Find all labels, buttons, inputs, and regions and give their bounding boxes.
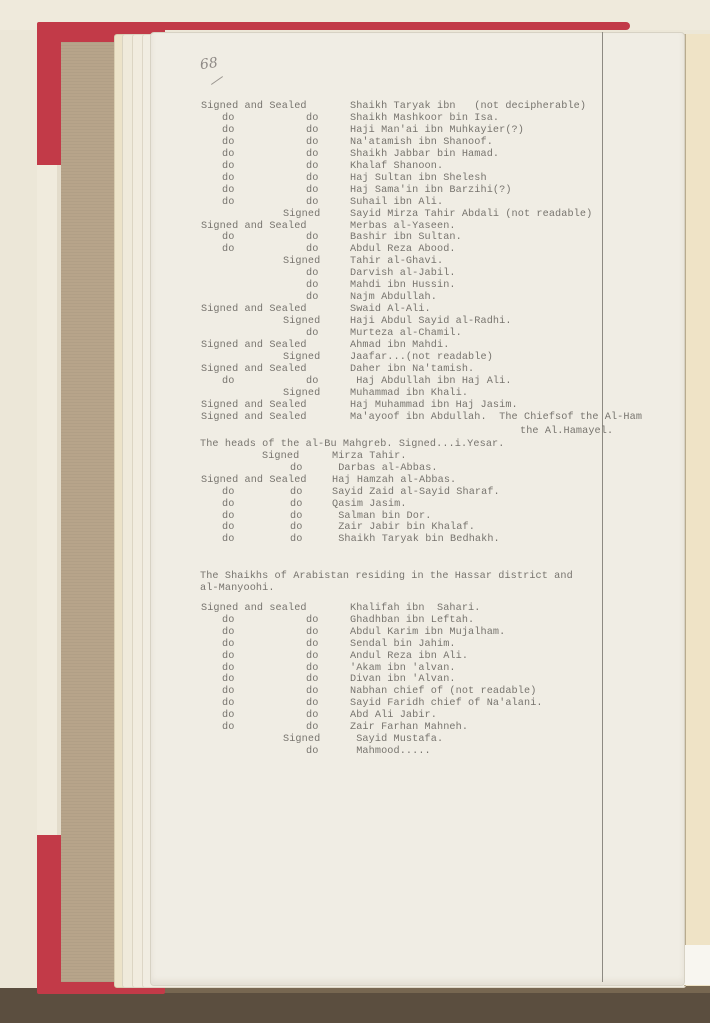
signatory-name: Shaikh Taryak bin Bedhakh.: [332, 533, 500, 546]
handwritten-folio-number: 68: [199, 55, 219, 73]
section-heading: al-Manyoohi.: [200, 582, 275, 595]
signature-status: do: [222, 533, 234, 546]
signature-status: Signed and Sealed: [201, 411, 307, 424]
signatory-name: Ma'ayoof ibn Abdullah. The Chiefsof the …: [350, 411, 642, 424]
signature-status: do: [222, 721, 234, 734]
signature-status: do: [306, 327, 318, 340]
signature-status: do: [222, 375, 234, 388]
signature-status: Signed and Sealed: [201, 100, 307, 113]
signature-status: do: [290, 533, 302, 546]
cardboard-texture: [61, 42, 117, 982]
signature-status: Signed and sealed: [201, 602, 307, 615]
signature-status: do: [306, 291, 318, 304]
facing-page-corner: [684, 945, 710, 985]
signature-status: do: [222, 243, 234, 256]
margin-rule-line: [602, 32, 603, 982]
signatory-name: Mahmood.....: [350, 745, 431, 758]
signature-status: do: [306, 745, 318, 758]
signature-status: Signed and Sealed: [201, 363, 307, 376]
facing-page-edge: [684, 34, 710, 986]
signature-status: Signed and Sealed: [201, 220, 307, 233]
binder-red-top-edge: [110, 22, 630, 30]
signature-status: do: [222, 196, 234, 209]
continuation-line: the Al.Hamayel.: [520, 425, 613, 438]
